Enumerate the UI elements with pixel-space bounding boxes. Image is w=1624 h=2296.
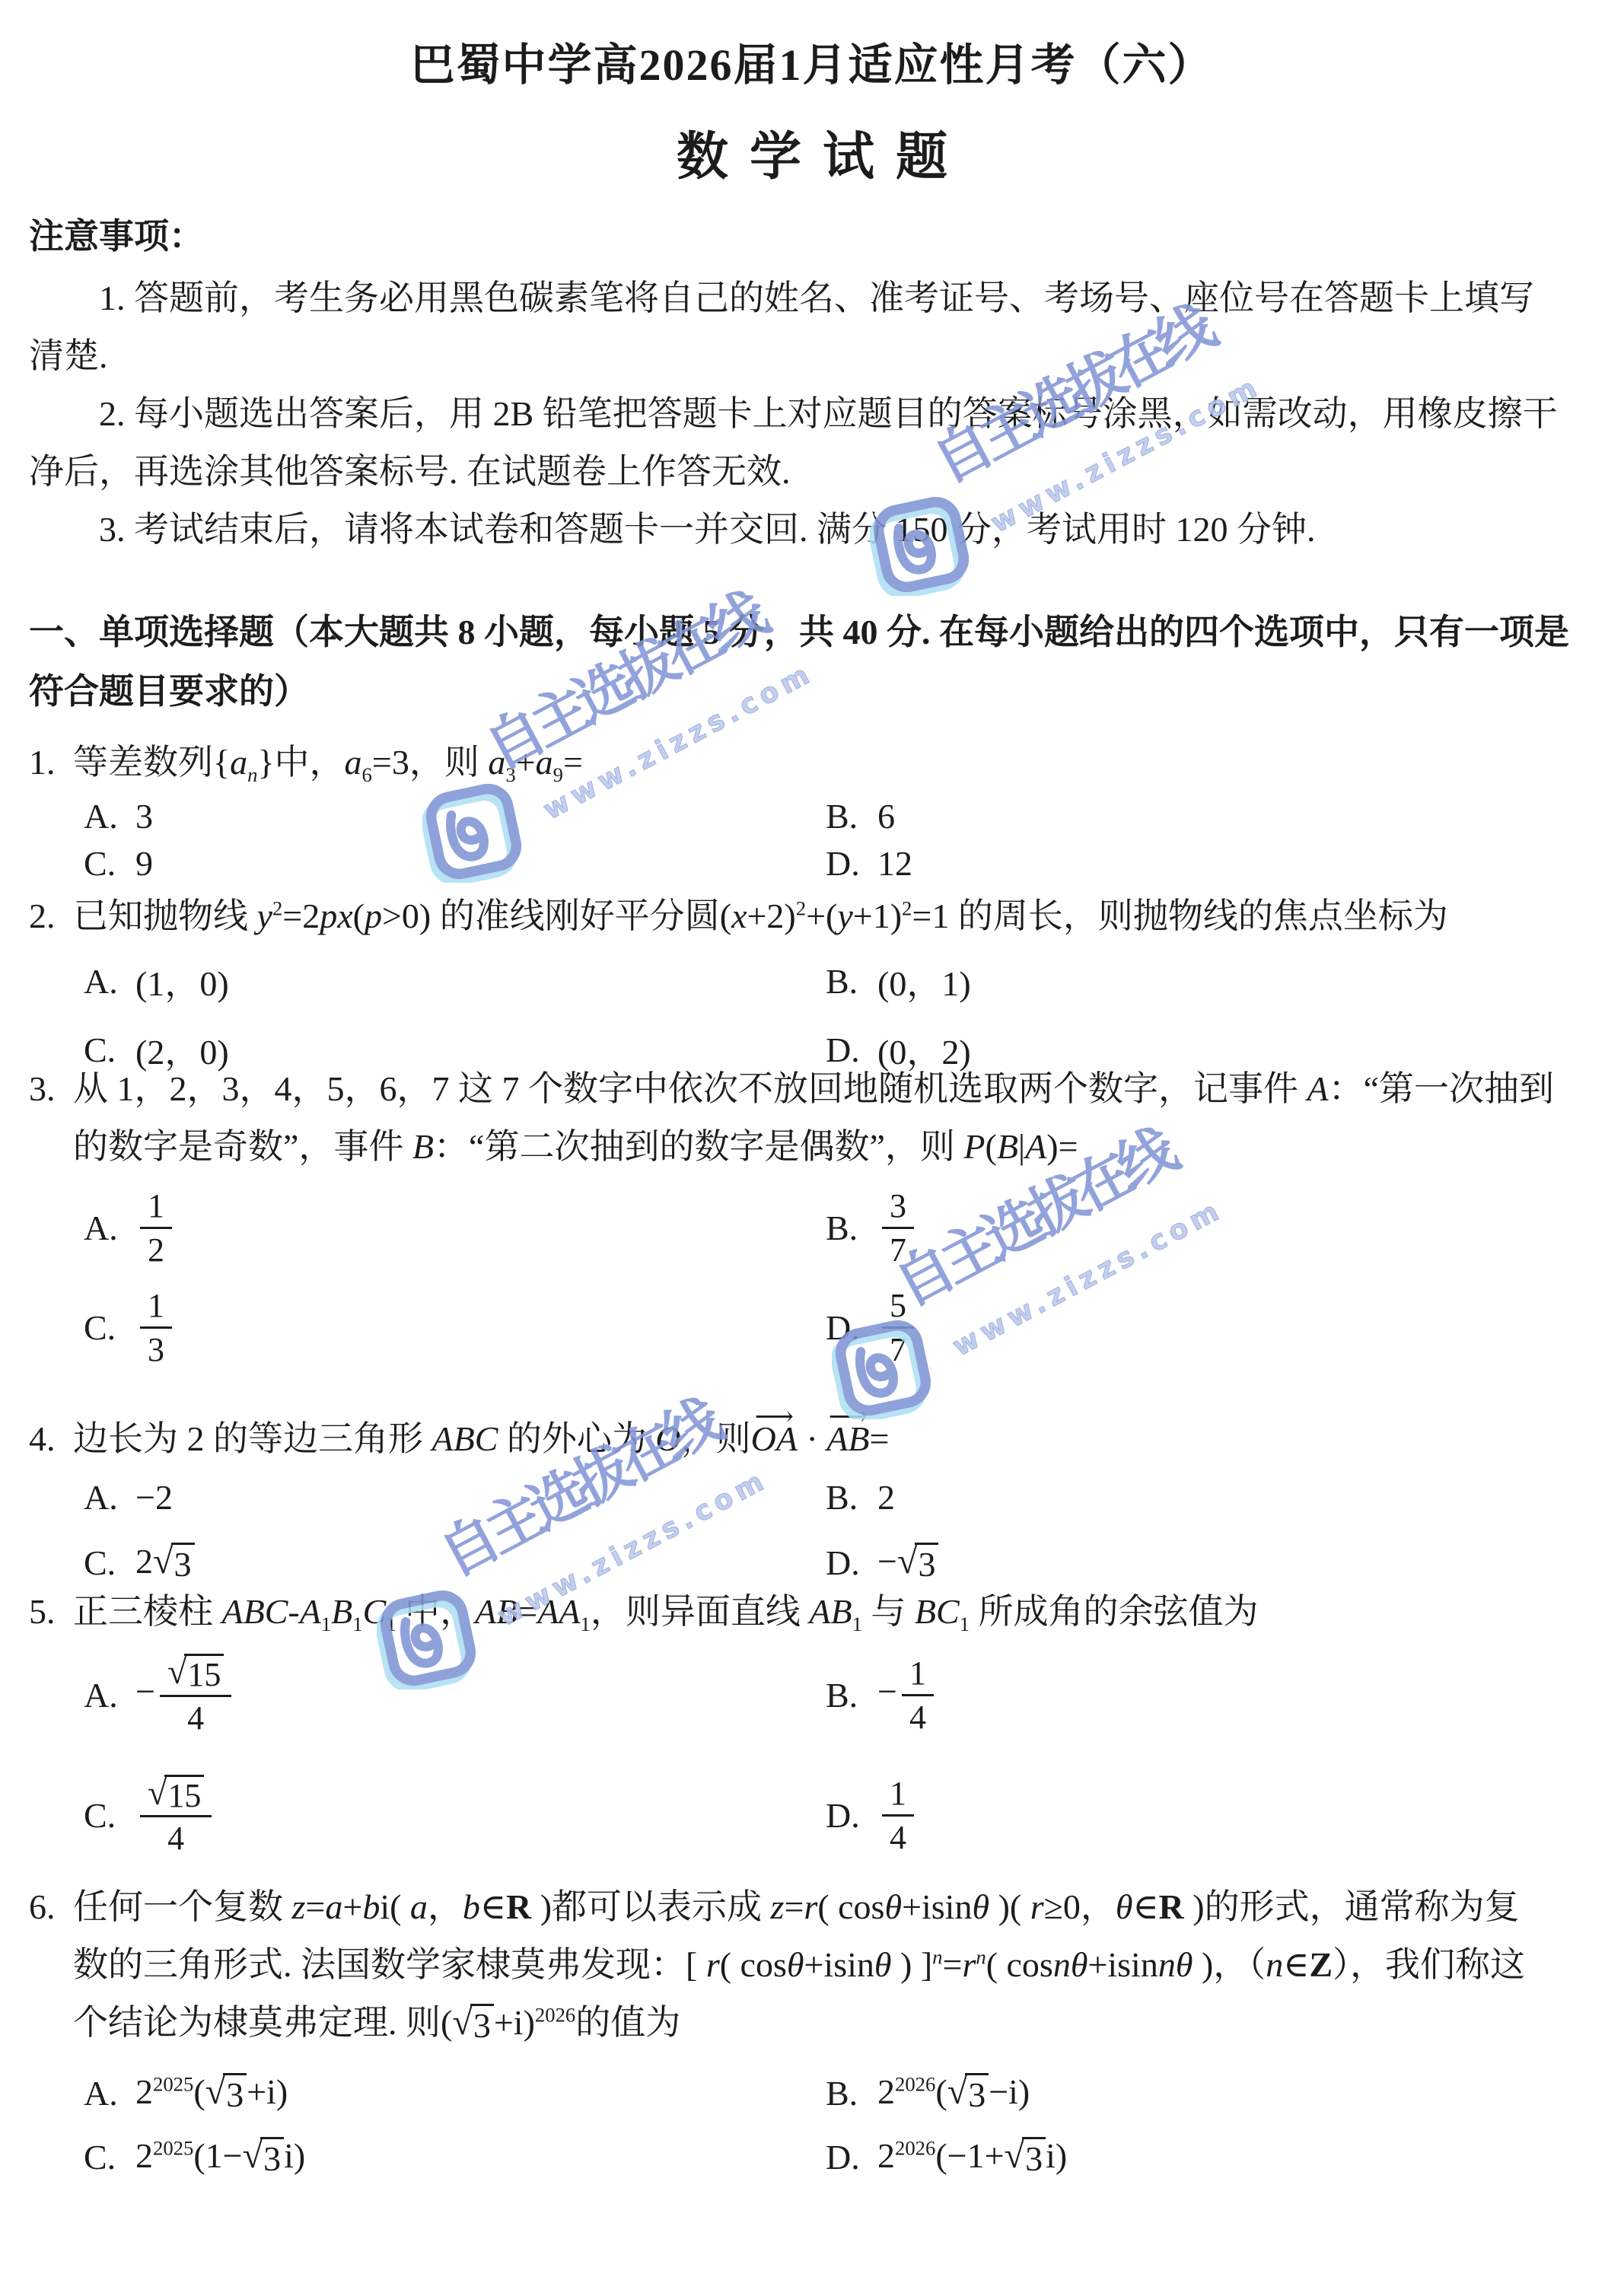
section-heading-line: 一、单项选择题（本大题共 8 小题，每小题 5 分，共 40 分. 在每小题给出… xyxy=(29,603,1595,662)
notice-line: 1. 答题前，考生务必用黑色碳素笔将自己的姓名、准考证号、考场号、座位号在答题卡… xyxy=(29,269,1595,327)
question-stem-text: 边长为 2 的等边三角形 ABC 的外心为 O，则OA · AB= xyxy=(73,1419,889,1458)
option-value: 9 xyxy=(135,843,153,884)
option-B: B.(0，1) xyxy=(826,956,1595,1006)
question-stem-text: 个结论为棣莫弗定理. 则(√3+i)2026的值为 xyxy=(73,2003,680,2042)
question-stem-line: 3.从 1，2，3，4，5，6，7 这 7 个数字中依次不放回地随机选取两个数字… xyxy=(29,1060,1595,1118)
option-B: B.6 xyxy=(826,795,1595,837)
option-value: −2 xyxy=(135,1477,173,1517)
option-label: A. xyxy=(84,2073,135,2113)
option-label: A. xyxy=(84,1477,135,1517)
option-label: D. xyxy=(826,843,877,884)
option-value: −√154 xyxy=(135,1651,236,1739)
notice-item: 1. 答题前，考生务必用黑色碳素笔将自己的姓名、准考证号、考场号、座位号在答题卡… xyxy=(29,269,1595,385)
exam-title: 巴蜀中学高2026届1月适应性月考（六） xyxy=(29,29,1595,93)
option-value: 57 xyxy=(877,1285,919,1371)
option-value: √154 xyxy=(135,1772,216,1860)
exam-paper-page: 巴蜀中学高2026届1月适应性月考（六） 数学试题 注意事项： 1. 答题前，考… xyxy=(0,0,1624,2296)
question-options: A.(1，0)B.(0，1)C.(2，0)D.(0，2) xyxy=(29,956,1595,1075)
notice-line: 2. 每小题选出答案后，用 2B 铅笔把答题卡上对应题目的答案标号涂黑，如需改动… xyxy=(29,385,1595,443)
question-stem-line: 2.已知抛物线 y2=2px(p>0) 的准线刚好平分圆(x+2)2+(y+1)… xyxy=(29,887,1595,945)
question-stem-text: 的数字是奇数”，事件 B：“第二次抽到的数字是偶数”，则 P(B|A)= xyxy=(73,1127,1078,1166)
question-options: A.−2B.2C.2√3D.−√3 xyxy=(29,1476,1595,1585)
option-label: C. xyxy=(84,1795,135,1836)
question-number: 1. xyxy=(29,734,73,791)
option-C: C.13 xyxy=(84,1285,826,1371)
option-value: 12 xyxy=(135,1185,177,1271)
question-stem-line: 的数字是奇数”，事件 B：“第二次抽到的数字是偶数”，则 P(B|A)= xyxy=(29,1118,1595,1176)
option-label: C. xyxy=(84,2137,135,2177)
question-options: A.22025(√3+i)B.22026(√3−i)C.22025(1−√3i)… xyxy=(29,2071,1595,2180)
notice-item: 3. 考试结束后，请将本试卷和答题卡一并交回. 满分 150 分，考试用时 12… xyxy=(29,501,1595,559)
question-stem-text: 数的三角形式. 法国数学家棣莫弗发现：[ r( cosθ+isinθ ) ]n=… xyxy=(73,1945,1525,1984)
notice-line: 清楚. xyxy=(29,327,1595,385)
option-value: 37 xyxy=(877,1185,919,1271)
option-C: C.9 xyxy=(84,842,826,884)
option-C: C.√154 xyxy=(84,1772,826,1860)
option-A: A.−2 xyxy=(84,1476,826,1518)
option-A: A.(1，0) xyxy=(84,956,826,1006)
question-number: 6. xyxy=(29,1878,73,1936)
question-number: 4. xyxy=(29,1410,73,1468)
option-B: B.2 xyxy=(826,1476,1595,1518)
section-heading-line: 符合题目要求的） xyxy=(29,662,1595,721)
option-label: B. xyxy=(826,1477,877,1517)
question-6: 6.任何一个复数 z=a+bi( a，b∈R )都可以表示成 z=r( cosθ… xyxy=(29,1878,1595,2180)
question-stem-line: 个结论为棣莫弗定理. 则(√3+i)2026的值为 xyxy=(29,1994,1595,2052)
question-number: 3. xyxy=(29,1060,73,1118)
section-heading: 一、单项选择题（本大题共 8 小题，每小题 5 分，共 40 分. 在每小题给出… xyxy=(29,603,1595,721)
option-label: A. xyxy=(84,961,135,1002)
question-stem-line: 1.等差数列{an}中，a6=3，则 a3+a9= xyxy=(29,734,1595,791)
question-stem-text: 正三棱柱 ABC-A1B1C1 中，AB=AA1，则异面直线 AB1 与 BC1… xyxy=(73,1592,1259,1631)
option-label: D. xyxy=(826,2137,877,2177)
option-label: B. xyxy=(826,961,877,1002)
option-label: B. xyxy=(826,1208,877,1248)
option-B: B.22026(√3−i) xyxy=(826,2071,1595,2116)
option-label: A. xyxy=(84,1208,135,1248)
option-D: D.−√3 xyxy=(826,1541,1595,1585)
option-value: 14 xyxy=(877,1772,919,1858)
question-options: A.−√154B.−14C.√154D.14 xyxy=(29,1651,1595,1859)
option-label: B. xyxy=(826,796,877,836)
question-stem-line: 4.边长为 2 的等边三角形 ABC 的外心为 O，则OA · AB= xyxy=(29,1410,1595,1468)
question-stem-line: 6.任何一个复数 z=a+bi( a，b∈R )都可以表示成 z=r( cosθ… xyxy=(29,1878,1595,1936)
exam-subtitle: 数学试题 xyxy=(29,116,1595,189)
question-5: 5.正三棱柱 ABC-A1B1C1 中，AB=AA1，则异面直线 AB1 与 B… xyxy=(29,1583,1595,1859)
option-A: A.3 xyxy=(84,795,826,837)
notice-item: 2. 每小题选出答案后，用 2B 铅笔把答题卡上对应题目的答案标号涂黑，如需改动… xyxy=(29,385,1595,501)
question-stem-text: 任何一个复数 z=a+bi( a，b∈R )都可以表示成 z=r( cosθ+i… xyxy=(73,1887,1520,1926)
notice-heading: 注意事项： xyxy=(29,209,1595,259)
question-3: 3.从 1，2，3，4，5，6，7 这 7 个数字中依次不放回地随机选取两个数字… xyxy=(29,1060,1595,1371)
option-C: C.22025(1−√3i) xyxy=(84,2135,826,2180)
option-D: D.57 xyxy=(826,1285,1595,1371)
option-value: −14 xyxy=(877,1652,938,1738)
option-B: B.−14 xyxy=(826,1651,1595,1739)
question-stem-line: 数的三角形式. 法国数学家棣莫弗发现：[ r( cosθ+isinθ ) ]n=… xyxy=(29,1936,1595,1994)
option-value: 6 xyxy=(877,796,895,836)
option-A: A.22025(√3+i) xyxy=(84,2071,826,2116)
option-D: D.22026(−1+√3i) xyxy=(826,2135,1595,2180)
option-value: 2√3 xyxy=(135,1541,195,1585)
notice-line: 净后，再选涂其他答案标号. 在试题卷上作答无效. xyxy=(29,443,1595,501)
option-D: D.12 xyxy=(826,842,1595,884)
question-options: A.3B.6C.9D.12 xyxy=(29,795,1595,884)
option-label: A. xyxy=(84,796,135,836)
question-stem-text: 从 1，2，3，4，5，6，7 这 7 个数字中依次不放回地随机选取两个数字，记… xyxy=(73,1069,1554,1108)
option-value: (1，0) xyxy=(135,956,229,1006)
option-D: D.14 xyxy=(826,1772,1595,1860)
option-value: 22026(−1+√3i) xyxy=(877,2135,1067,2180)
option-value: 2 xyxy=(877,1477,895,1517)
option-B: B.37 xyxy=(826,1185,1595,1271)
option-label: C. xyxy=(84,1543,135,1583)
option-value: 13 xyxy=(135,1285,177,1371)
notice-line: 3. 考试结束后，请将本试卷和答题卡一并交回. 满分 150 分，考试用时 12… xyxy=(29,501,1595,559)
option-value: 22025(√3+i) xyxy=(135,2071,288,2116)
question-options: A.12B.37C.13D.57 xyxy=(29,1185,1595,1371)
option-label: D. xyxy=(826,1307,877,1348)
option-label: C. xyxy=(84,843,135,884)
option-A: A.−√154 xyxy=(84,1651,826,1739)
question-1: 1.等差数列{an}中，a6=3，则 a3+a9=A.3B.6C.9D.12 xyxy=(29,734,1595,884)
option-label: D. xyxy=(826,1795,877,1836)
option-value: 3 xyxy=(135,796,153,836)
option-C: C.2√3 xyxy=(84,1541,826,1585)
question-stem-line: 5.正三棱柱 ABC-A1B1C1 中，AB=AA1，则异面直线 AB1 与 B… xyxy=(29,1583,1595,1641)
option-label: B. xyxy=(826,2073,877,2113)
option-A: A.12 xyxy=(84,1185,826,1271)
question-stem-text: 等差数列{an}中，a6=3，则 a3+a9= xyxy=(73,743,583,782)
option-label: B. xyxy=(826,1675,877,1715)
question-2: 2.已知抛物线 y2=2px(p>0) 的准线刚好平分圆(x+2)2+(y+1)… xyxy=(29,887,1595,1075)
question-stem-text: 已知抛物线 y2=2px(p>0) 的准线刚好平分圆(x+2)2+(y+1)2=… xyxy=(73,896,1448,935)
option-label: C. xyxy=(84,1307,135,1348)
option-value: 22026(√3−i) xyxy=(877,2071,1030,2116)
option-label: D. xyxy=(826,1543,877,1583)
option-value: 22025(1−√3i) xyxy=(135,2135,305,2180)
option-label: A. xyxy=(84,1675,135,1715)
question-number: 5. xyxy=(29,1583,73,1641)
option-value: 12 xyxy=(877,843,912,884)
option-value: −√3 xyxy=(877,1541,938,1585)
option-value: (0，1) xyxy=(877,956,971,1006)
question-number: 2. xyxy=(29,887,73,945)
question-4: 4.边长为 2 的等边三角形 ABC 的外心为 O，则OA · AB=A.−2B… xyxy=(29,1410,1595,1585)
